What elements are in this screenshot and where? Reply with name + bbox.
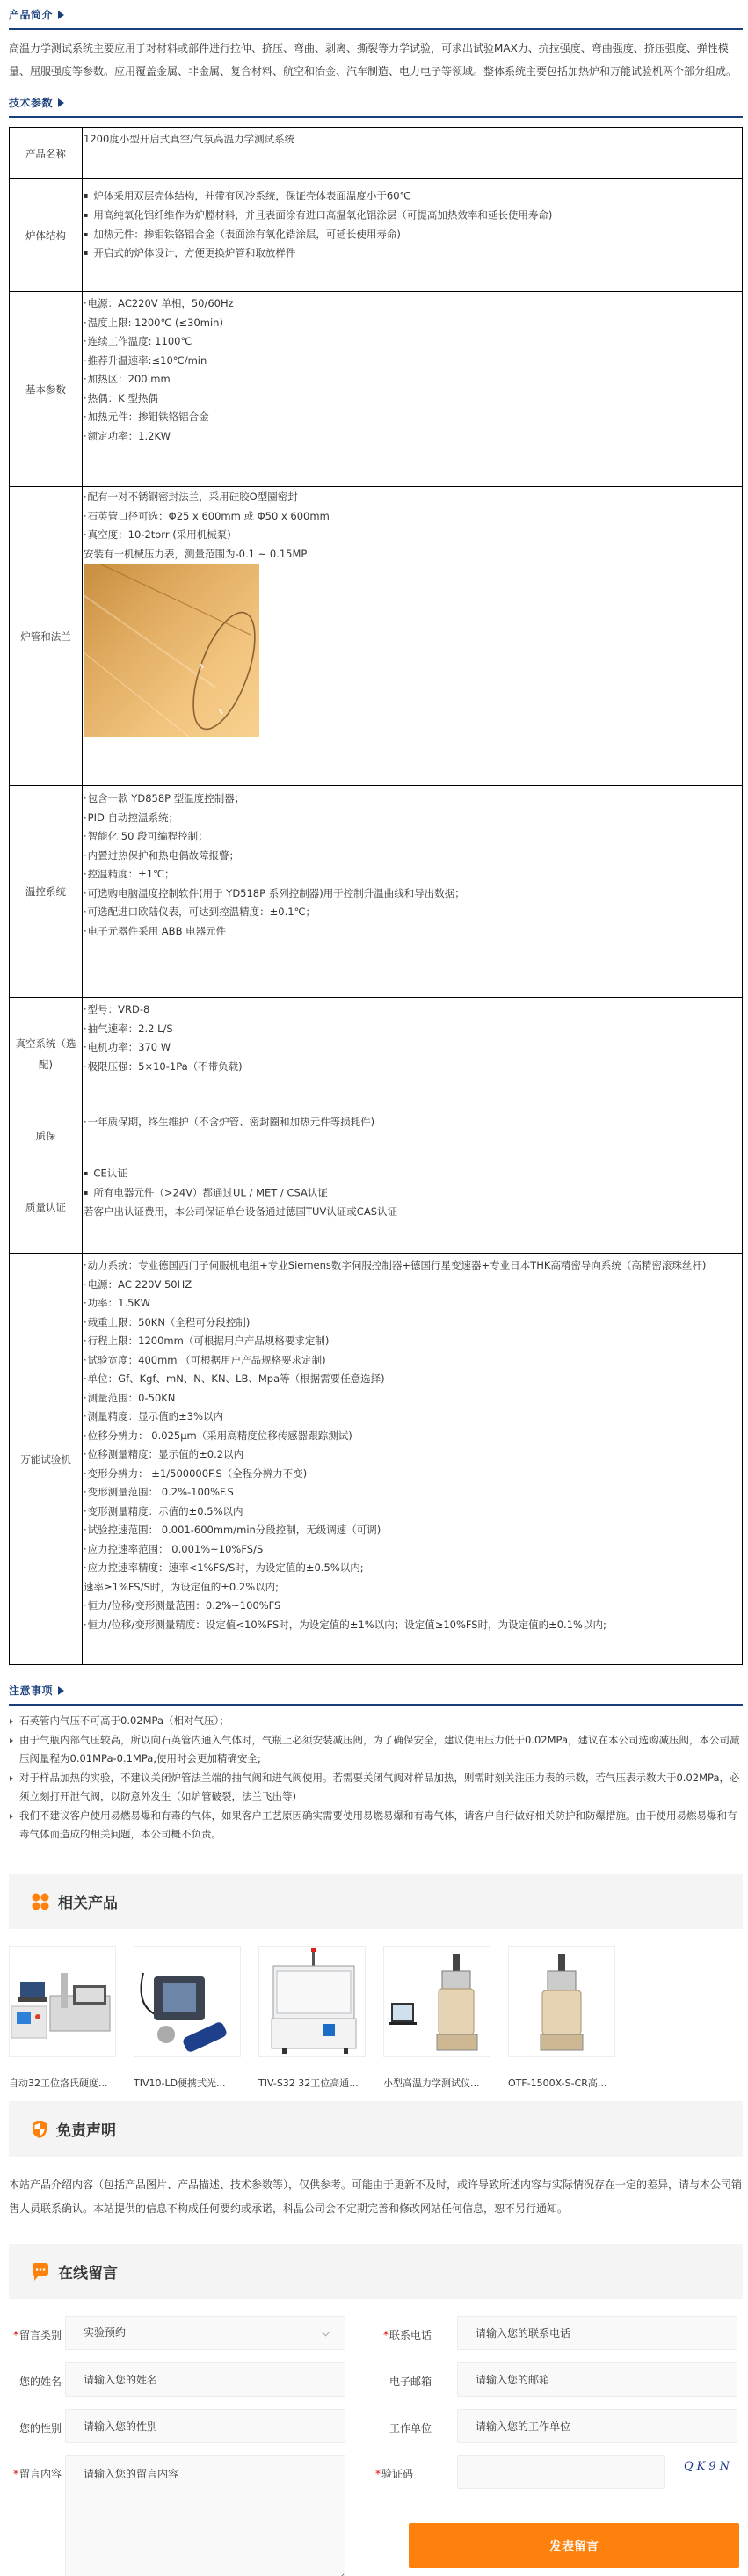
- captcha-label: *验证码: [352, 2466, 413, 2481]
- category-select[interactable]: 实验预约: [65, 2316, 345, 2350]
- message-textarea-wrap[interactable]: [65, 2455, 345, 2576]
- gender-input-wrap[interactable]: [65, 2409, 345, 2443]
- message-label: *留言内容: [0, 2466, 62, 2481]
- specs-heading: 技术参数: [9, 95, 743, 118]
- spec-value: 配有一对不锈钢密封法兰，采用硅胶O型圈密封 石英管口径可选：Φ25 x 600m…: [83, 487, 743, 786]
- note-item: 石英管内气压不可高于0.02MPa（相对气压）；: [9, 1712, 743, 1731]
- disclaimer-text: 本站产品介绍内容（包括产品图片、产品描述、技术参数等），仅供参考。可能由于更新不…: [9, 2173, 743, 2221]
- spec-label: 质保: [10, 1110, 83, 1161]
- company-input[interactable]: [476, 2410, 737, 2442]
- product-card[interactable]: OTF-1500X-S-CR高...: [508, 1946, 615, 2090]
- spec-label: 炉管和法兰: [10, 487, 83, 786]
- disclaimer-heading: 免责声明: [9, 2101, 743, 2157]
- spec-row: 质量认证 CE认证 所有电器元件（>24V）都通过UL / MET / CSA认…: [10, 1161, 743, 1254]
- product-image-hardness-tester[interactable]: [9, 1946, 116, 2057]
- phone-label: *联系电话: [370, 2327, 432, 2342]
- captcha-input-wrap[interactable]: [457, 2455, 665, 2489]
- chevron-down-icon: [322, 2328, 330, 2337]
- captcha-image[interactable]: QK9N: [684, 2460, 733, 2473]
- spec-row: 真空系统（选配) 型号：VRD-8 抽气速率：2.2 L/S 电机功率：370 …: [10, 998, 743, 1110]
- triangle-right-icon: [58, 11, 64, 19]
- name-label: 您的姓名: [0, 2374, 62, 2389]
- product-card[interactable]: 自动32工位洛氏硬度...: [9, 1946, 116, 2090]
- spec-value: 型号：VRD-8 抽气速率：2.2 L/S 电机功率：370 W 极限压强：5×…: [83, 998, 743, 1110]
- spec-row: 质保 一年质保期，终生维护（不含炉管、密封圈和加热元件等损耗件): [10, 1110, 743, 1161]
- spec-value: 电源：AC220V 单相，50/60Hz 温度上限: 1200℃ (≤30min…: [83, 292, 743, 487]
- spec-value: CE认证 所有电器元件（>24V）都通过UL / MET / CSA认证 若客户…: [83, 1161, 743, 1254]
- gender-label: 您的性别: [0, 2420, 62, 2435]
- spec-value: 炉体采用双层壳体结构，并带有风冷系统，保证壳体表面温度小于60℃ 用高纯氧化铝纤…: [83, 179, 743, 292]
- product-card[interactable]: 小型高温力学测试仪...: [383, 1946, 490, 2090]
- hardness-tester-icon: [10, 1947, 116, 2057]
- spec-row: 万能试验机 动力系统：专业德国西门子伺服机电组+专业Siemens数字伺服控制器…: [10, 1254, 743, 1665]
- intro-heading: 产品简介: [9, 7, 743, 30]
- chat-bubble-icon: [32, 2262, 49, 2281]
- spec-value: 一年质保期，终生维护（不含炉管、密封圈和加热元件等损耗件): [83, 1110, 743, 1161]
- triangle-right-icon: [58, 1686, 64, 1695]
- quartz-tube-icon: [84, 564, 259, 737]
- product-card[interactable]: TIV-S32 32工位高通...: [258, 1946, 366, 2090]
- spec-label: 真空系统（选配): [10, 998, 83, 1110]
- product-card[interactable]: TIV10-LD便携式光...: [134, 1946, 241, 2090]
- spec-row: 炉管和法兰 配有一对不锈钢密封法兰，采用硅胶O型圈密封 石英管口径可选：Φ25 …: [10, 487, 743, 786]
- captcha-input[interactable]: [476, 2456, 664, 2488]
- spec-row: 温控系统 包含一款 YD858P 型温度控制器； PID 自动控温系统； 智能化…: [10, 786, 743, 998]
- intro-text: 高温力学测试系统主要应用于对材料或部件进行拉伸、挤压、弯曲、剥离、撕裂等力学试验…: [9, 37, 743, 83]
- product-image-furnace-tester-laptop[interactable]: [383, 1946, 490, 2057]
- product-image-cabinet-machine[interactable]: [258, 1946, 366, 2057]
- spec-label: 质量认证: [10, 1161, 83, 1254]
- notes-list: 石英管内气压不可高于0.02MPa（相对气压）； 由于气瓶内部气压较高，所以向石…: [9, 1712, 743, 1845]
- note-item: 我们不建议客户使用易燃易爆和有毒的气体，如果客户工艺原因确实需要使用易燃易爆和有…: [9, 1807, 743, 1845]
- name-input[interactable]: [84, 2363, 345, 2396]
- spec-value: 1200度小型开启式真空/气氛高温力学测试系统: [83, 128, 743, 179]
- submit-message-button[interactable]: 发表留言: [409, 2523, 739, 2568]
- gender-input[interactable]: [84, 2410, 345, 2442]
- spec-label: 产品名称: [10, 128, 83, 179]
- spec-label: 温控系统: [10, 786, 83, 998]
- category-label: *留言类别: [0, 2327, 62, 2342]
- product-name[interactable]: TIV10-LD便携式光...: [134, 2076, 241, 2090]
- email-input[interactable]: [476, 2363, 737, 2396]
- product-name[interactable]: OTF-1500X-S-CR高...: [508, 2076, 615, 2090]
- related-heading: 相关产品: [9, 1874, 743, 1929]
- product-image-portable-device[interactable]: [134, 1946, 241, 2057]
- email-input-wrap[interactable]: [457, 2362, 737, 2397]
- company-label: 工作单位: [370, 2420, 432, 2435]
- product-image-furnace-tester[interactable]: [508, 1946, 615, 2057]
- name-input-wrap[interactable]: [65, 2362, 345, 2397]
- product-name[interactable]: 小型高温力学测试仪...: [383, 2076, 490, 2090]
- furnace-tester-icon: [509, 1947, 615, 2057]
- message-heading: 在线留言: [9, 2244, 743, 2299]
- product-name[interactable]: 自动32工位洛氏硬度...: [9, 2076, 116, 2090]
- triangle-right-icon: [58, 98, 64, 107]
- spec-table: 产品名称 1200度小型开启式真空/气氛高温力学测试系统 炉体结构 炉体采用双层…: [9, 127, 743, 1665]
- notes-heading: 注意事项: [9, 1683, 743, 1706]
- quartz-tube-image: [84, 564, 259, 737]
- spec-value: 包含一款 YD858P 型温度控制器； PID 自动控温系统； 智能化 50 段…: [83, 786, 743, 998]
- phone-input[interactable]: [476, 2317, 737, 2349]
- phone-input-wrap[interactable]: [457, 2316, 737, 2350]
- spec-row: 产品名称 1200度小型开启式真空/气氛高温力学测试系统: [10, 128, 743, 179]
- email-label: 电子邮箱: [370, 2374, 432, 2389]
- spec-label: 基本参数: [10, 292, 83, 487]
- spec-row: 炉体结构 炉体采用双层壳体结构，并带有风冷系统，保证壳体表面温度小于60℃ 用高…: [10, 179, 743, 292]
- furnace-tester-laptop-icon: [384, 1947, 490, 2057]
- spec-value: 动力系统：专业德国西门子伺服机电组+专业Siemens数字伺服控制器+德国行星变…: [83, 1254, 743, 1665]
- cabinet-machine-icon: [259, 1947, 366, 2057]
- shield-icon: [32, 2120, 47, 2139]
- spec-label: 万能试验机: [10, 1254, 83, 1665]
- product-name[interactable]: TIV-S32 32工位高通...: [258, 2076, 366, 2090]
- spec-label: 炉体结构: [10, 179, 83, 292]
- portable-device-icon: [134, 1947, 241, 2057]
- spec-row: 基本参数 电源：AC220V 单相，50/60Hz 温度上限: 1200℃ (≤…: [10, 292, 743, 487]
- message-textarea[interactable]: [84, 2466, 345, 2576]
- note-item: 由于气瓶内部气压较高，所以向石英管内通入气体时，气瓶上必须安装减压阀，为了确保安…: [9, 1731, 743, 1769]
- company-input-wrap[interactable]: [457, 2409, 737, 2443]
- note-item: 对于样品加热的实验，不建议关闭炉管法兰端的抽气阀和进气阀使用。若需要关闭气阀对样…: [9, 1769, 743, 1807]
- clover-icon: [32, 1893, 49, 1910]
- related-products-list: 自动32工位洛氏硬度... TIV10-LD便携式光...: [9, 1946, 615, 2090]
